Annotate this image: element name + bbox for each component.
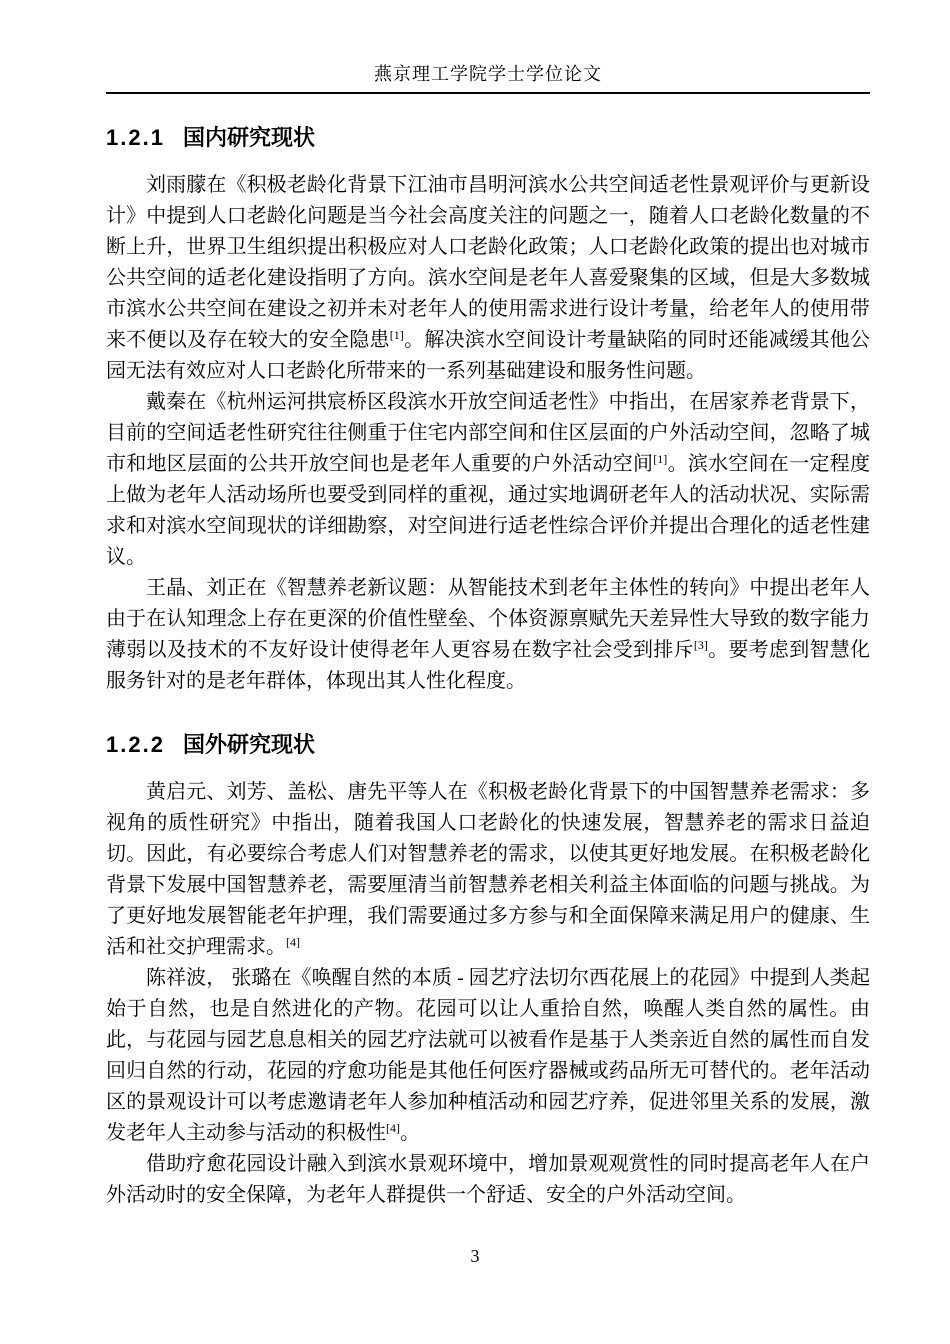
paragraph-text: 黄启元、刘芳、盖松、唐先平等人在《积极老龄化背景下的中国智慧养老需求：多视角的质… xyxy=(106,781,870,958)
paragraph-text: 。 xyxy=(400,1122,420,1144)
section-heading-domestic: 1.2.1国内研究现状 xyxy=(106,126,870,150)
section-title: 国内研究现状 xyxy=(183,125,315,150)
citation-superscript: [1] xyxy=(653,452,667,466)
citation-superscript: [1] xyxy=(390,328,404,342)
section-heading-foreign: 1.2.2国外研究现状 xyxy=(106,733,870,757)
running-header: 燕京理工学院学士学位论文 xyxy=(106,64,870,84)
paragraph-text: 借助疗愈花园设计融入到滨水景观环境中，增加景观观赏性的同时提高老年人在户外活动时… xyxy=(106,1153,870,1206)
header-rule xyxy=(106,92,870,94)
section-number: 1.2.2 xyxy=(106,732,165,757)
paragraph: 戴秦在《杭州运河拱宸桥区段滨水开放空间适老性》中指出，在居家养老背景下，目前的空… xyxy=(106,387,870,573)
citation-superscript: [4] xyxy=(286,935,300,949)
section-number: 1.2.1 xyxy=(106,125,165,150)
paragraph: 借助疗愈花园设计融入到滨水景观环境中，增加景观观赏性的同时提高老年人在户外活动时… xyxy=(106,1149,870,1211)
paragraph-text: 陈祥波， 张璐在《唤醒自然的本质 - 园艺疗法切尔西花展上的花园》中提到人类起始… xyxy=(106,967,870,1144)
page-number: 3 xyxy=(0,1246,950,1267)
page-body: 1.2.1国内研究现状 刘雨朦在《积极老龄化背景下江油市昌明河滨水公共空间适老性… xyxy=(106,126,870,1211)
paragraph: 陈祥波， 张璐在《唤醒自然的本质 - 园艺疗法切尔西花展上的花园》中提到人类起始… xyxy=(106,963,870,1149)
citation-superscript: [4] xyxy=(386,1121,400,1135)
thesis-page: 燕京理工学院学士学位论文 1.2.1国内研究现状 刘雨朦在《积极老龄化背景下江油… xyxy=(0,0,950,1344)
citation-superscript: [3] xyxy=(694,638,708,652)
section-title: 国外研究现状 xyxy=(183,732,315,757)
paragraph-text: 刘雨朦在《积极老龄化背景下江油市昌明河滨水公共空间适老性景观评价与更新设计》中提… xyxy=(106,174,870,351)
paragraph: 王晶、刘正在《智慧养老新议题：从智能技术到老年主体性的转向》中提出老年人由于在认… xyxy=(106,573,870,697)
paragraph: 黄启元、刘芳、盖松、唐先平等人在《积极老龄化背景下的中国智慧养老需求：多视角的质… xyxy=(106,777,870,963)
paragraph: 刘雨朦在《积极老龄化背景下江油市昌明河滨水公共空间适老性景观评价与更新设计》中提… xyxy=(106,170,870,387)
